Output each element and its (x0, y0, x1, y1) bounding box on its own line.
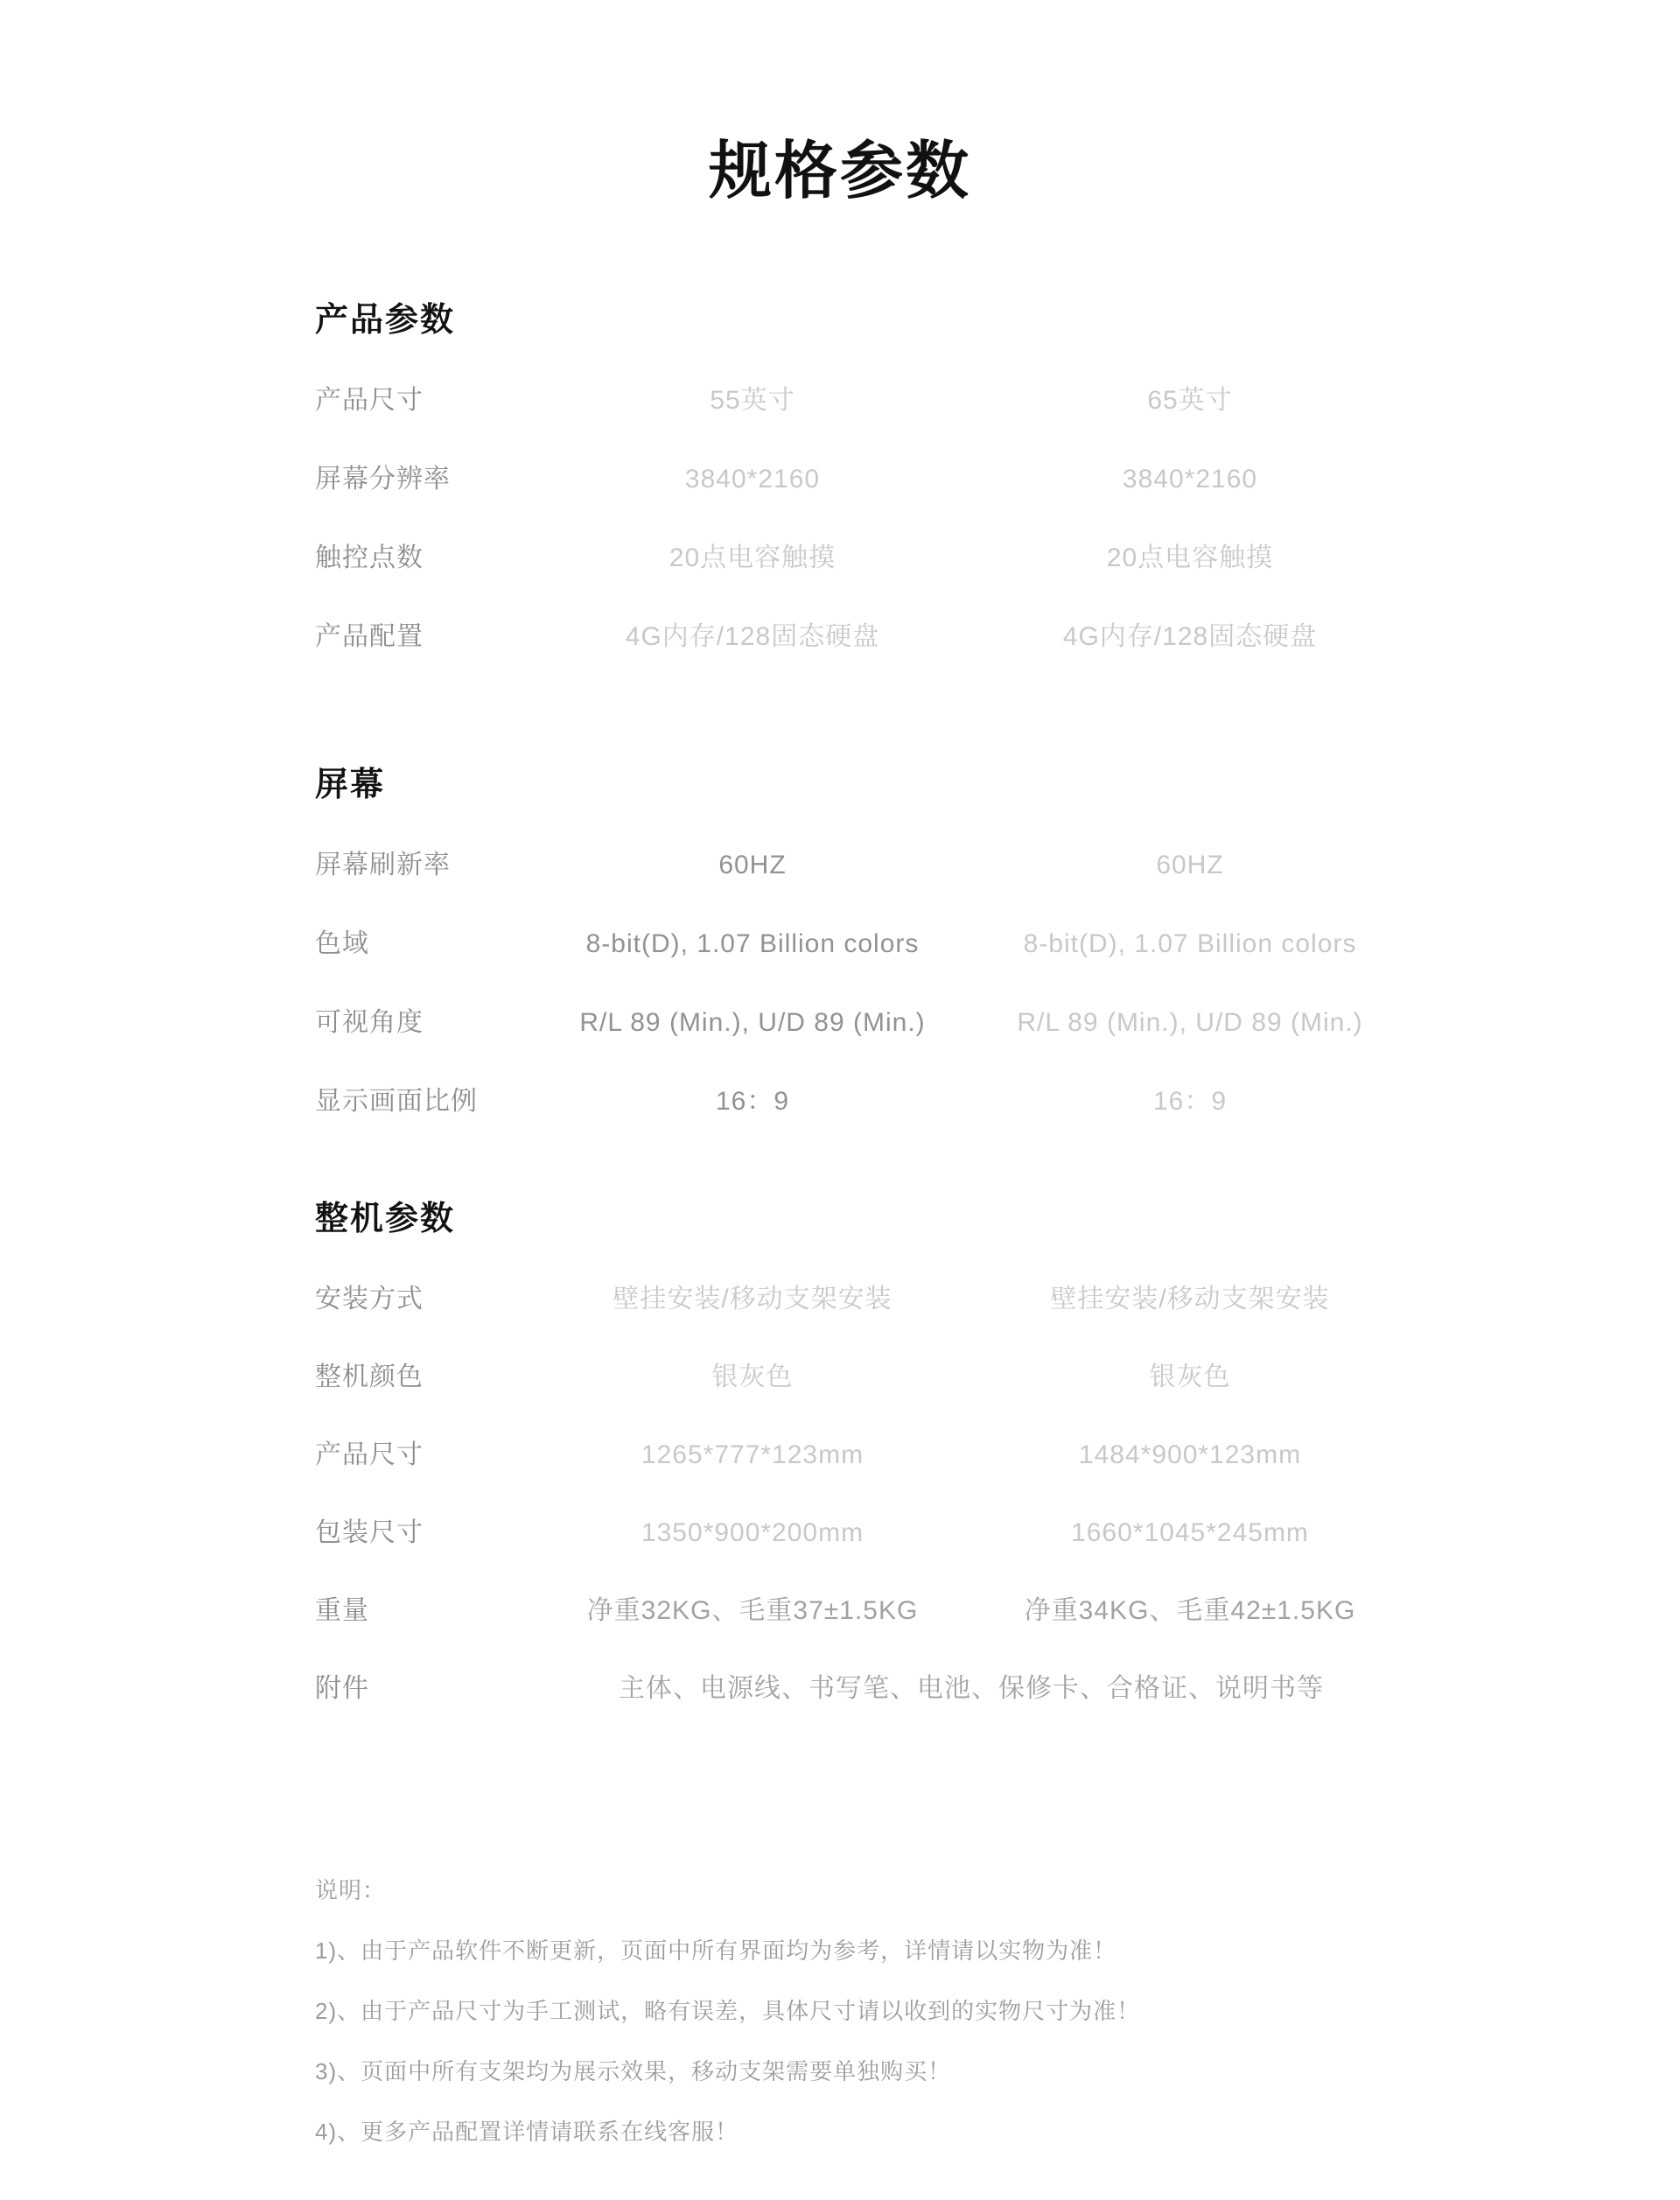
spec-sections: 产品参数产品尺寸55英寸65英寸屏幕分辨率3840*21603840*2160触… (315, 304, 1409, 1727)
spec-row: 色域8-bit(D), 1.07 Billion colors8-bit(D),… (315, 905, 1409, 984)
spec-row-label: 包装尺寸 (315, 1517, 534, 1550)
spec-value-col1: 55英寸 (534, 384, 971, 417)
spec-value-col1: 1265*777*123mm (534, 1439, 971, 1472)
spec-value-col1: 净重32KG、毛重37±1.5KG (534, 1594, 971, 1628)
section-heading: 整机参数 (315, 1202, 1409, 1236)
spec-value-col2: 8-bit(D), 1.07 Billion colors (971, 928, 1409, 961)
spec-value-col2: 1484*900*123mm (971, 1439, 1409, 1472)
spec-rows: 产品尺寸55英寸65英寸屏幕分辨率3840*21603840*2160触控点数2… (315, 361, 1409, 676)
spec-row: 产品配置4G内存/128固态硬盘4G内存/128固态硬盘 (315, 598, 1409, 676)
spec-row: 产品尺寸55英寸65英寸 (315, 361, 1409, 440)
notes-block: 说明： 1)、由于产品软件不断更新，页面中所有界面均为参考，详情请以实物为准！2… (315, 1860, 1409, 2162)
spec-value-col2: 4G内存/128固态硬盘 (971, 620, 1409, 654)
spec-row-label: 可视角度 (315, 1006, 534, 1040)
spec-row-label: 重量 (315, 1594, 534, 1628)
spec-rows: 安装方式壁挂安装/移动支架安装壁挂安装/移动支架安装整机颜色银灰色银灰色产品尺寸… (315, 1260, 1409, 1727)
spec-row-label: 附件 (315, 1672, 534, 1706)
spec-value-col2: 3840*2160 (971, 463, 1409, 496)
spec-value-col1: 8-bit(D), 1.07 Billion colors (534, 928, 971, 961)
spec-value-col1: R/L 89 (Min.), U/D 89 (Min.) (534, 1006, 971, 1040)
spec-value-col2: 净重34KG、毛重42±1.5KG (971, 1594, 1409, 1628)
spec-row: 安装方式壁挂安装/移动支架安装壁挂安装/移动支架安装 (315, 1260, 1409, 1338)
spec-value-col1: 壁挂安装/移动支架安装 (534, 1283, 971, 1316)
spec-row: 附件主体、电源线、书写笔、电池、保修卡、合格证、说明书等 (315, 1650, 1409, 1727)
spec-row-label: 触控点数 (315, 542, 534, 575)
spec-value-span: 主体、电源线、书写笔、电池、保修卡、合格证、说明书等 (534, 1672, 1409, 1706)
spec-value-col1: 银灰色 (534, 1361, 971, 1394)
spec-row: 屏幕分辨率3840*21603840*2160 (315, 440, 1409, 519)
spec-row: 整机颜色银灰色银灰色 (315, 1338, 1409, 1416)
spec-row-label: 屏幕分辨率 (315, 463, 534, 496)
spec-value-col2: 60HZ (971, 849, 1409, 882)
spec-row-label: 安装方式 (315, 1283, 534, 1316)
spec-row-label: 产品尺寸 (315, 1439, 534, 1472)
spec-row: 屏幕刷新率60HZ60HZ (315, 826, 1409, 905)
spec-value-col1: 4G内存/128固态硬盘 (534, 620, 971, 654)
spec-row-label: 显示画面比例 (315, 1085, 534, 1118)
spec-value-col2: R/L 89 (Min.), U/D 89 (Min.) (971, 1006, 1409, 1040)
note-item: 1)、由于产品软件不断更新，页面中所有界面均为参考，详情请以实物为准！ (315, 1921, 1409, 1981)
spec-row: 显示画面比例16：916：9 (315, 1062, 1409, 1141)
spec-value-col1: 20点电容触摸 (534, 542, 971, 575)
spec-value-col2: 1660*1045*245mm (971, 1517, 1409, 1550)
section-heading: 屏幕 (315, 768, 1409, 802)
spec-value-col2: 银灰色 (971, 1361, 1409, 1394)
spec-content: 产品参数产品尺寸55英寸65英寸屏幕分辨率3840*21603840*2160触… (315, 304, 1409, 2162)
note-item: 3)、页面中所有支架均为展示效果，移动支架需要单独购买！ (315, 2042, 1409, 2102)
spec-value-col2: 20点电容触摸 (971, 542, 1409, 575)
spec-value-col2: 16：9 (971, 1085, 1409, 1118)
spec-value-col1: 3840*2160 (534, 463, 971, 496)
notes-list: 1)、由于产品软件不断更新，页面中所有界面均为参考，详情请以实物为准！2)、由于… (315, 1921, 1409, 2162)
spec-value-col2: 65英寸 (971, 384, 1409, 417)
spec-row-label: 屏幕刷新率 (315, 849, 534, 882)
spec-value-col1: 60HZ (534, 849, 971, 882)
spec-row: 包装尺寸1350*900*200mm1660*1045*245mm (315, 1494, 1409, 1572)
spec-value-col1: 16：9 (534, 1085, 971, 1118)
spec-row: 触控点数20点电容触摸20点电容触摸 (315, 519, 1409, 598)
spec-section: 屏幕屏幕刷新率60HZ60HZ色域8-bit(D), 1.07 Billion … (315, 768, 1409, 1141)
spec-row-label: 产品尺寸 (315, 384, 534, 417)
notes-heading: 说明： (315, 1860, 1409, 1921)
spec-value-col1: 1350*900*200mm (534, 1517, 971, 1550)
spec-section: 产品参数产品尺寸55英寸65英寸屏幕分辨率3840*21603840*2160触… (315, 304, 1409, 676)
spec-section: 整机参数安装方式壁挂安装/移动支架安装壁挂安装/移动支架安装整机颜色银灰色银灰色… (315, 1202, 1409, 1727)
spec-value-col2: 壁挂安装/移动支架安装 (971, 1283, 1409, 1316)
spec-rows: 屏幕刷新率60HZ60HZ色域8-bit(D), 1.07 Billion co… (315, 826, 1409, 1141)
spec-row-label: 整机颜色 (315, 1361, 534, 1394)
spec-row: 产品尺寸1265*777*123mm1484*900*123mm (315, 1416, 1409, 1494)
spec-row: 可视角度R/L 89 (Min.), U/D 89 (Min.)R/L 89 (… (315, 984, 1409, 1062)
section-heading: 产品参数 (315, 304, 1409, 337)
spec-row: 重量净重32KG、毛重37±1.5KG净重34KG、毛重42±1.5KG (315, 1572, 1409, 1650)
note-item: 4)、更多产品配置详情请联系在线客服！ (315, 2102, 1409, 2162)
page-title: 规格参数 (0, 0, 1680, 203)
spec-row-label: 色域 (315, 928, 534, 961)
spec-row-label: 产品配置 (315, 620, 534, 654)
note-item: 2)、由于产品尺寸为手工测试，略有误差，具体尺寸请以收到的实物尺寸为准！ (315, 1981, 1409, 2042)
